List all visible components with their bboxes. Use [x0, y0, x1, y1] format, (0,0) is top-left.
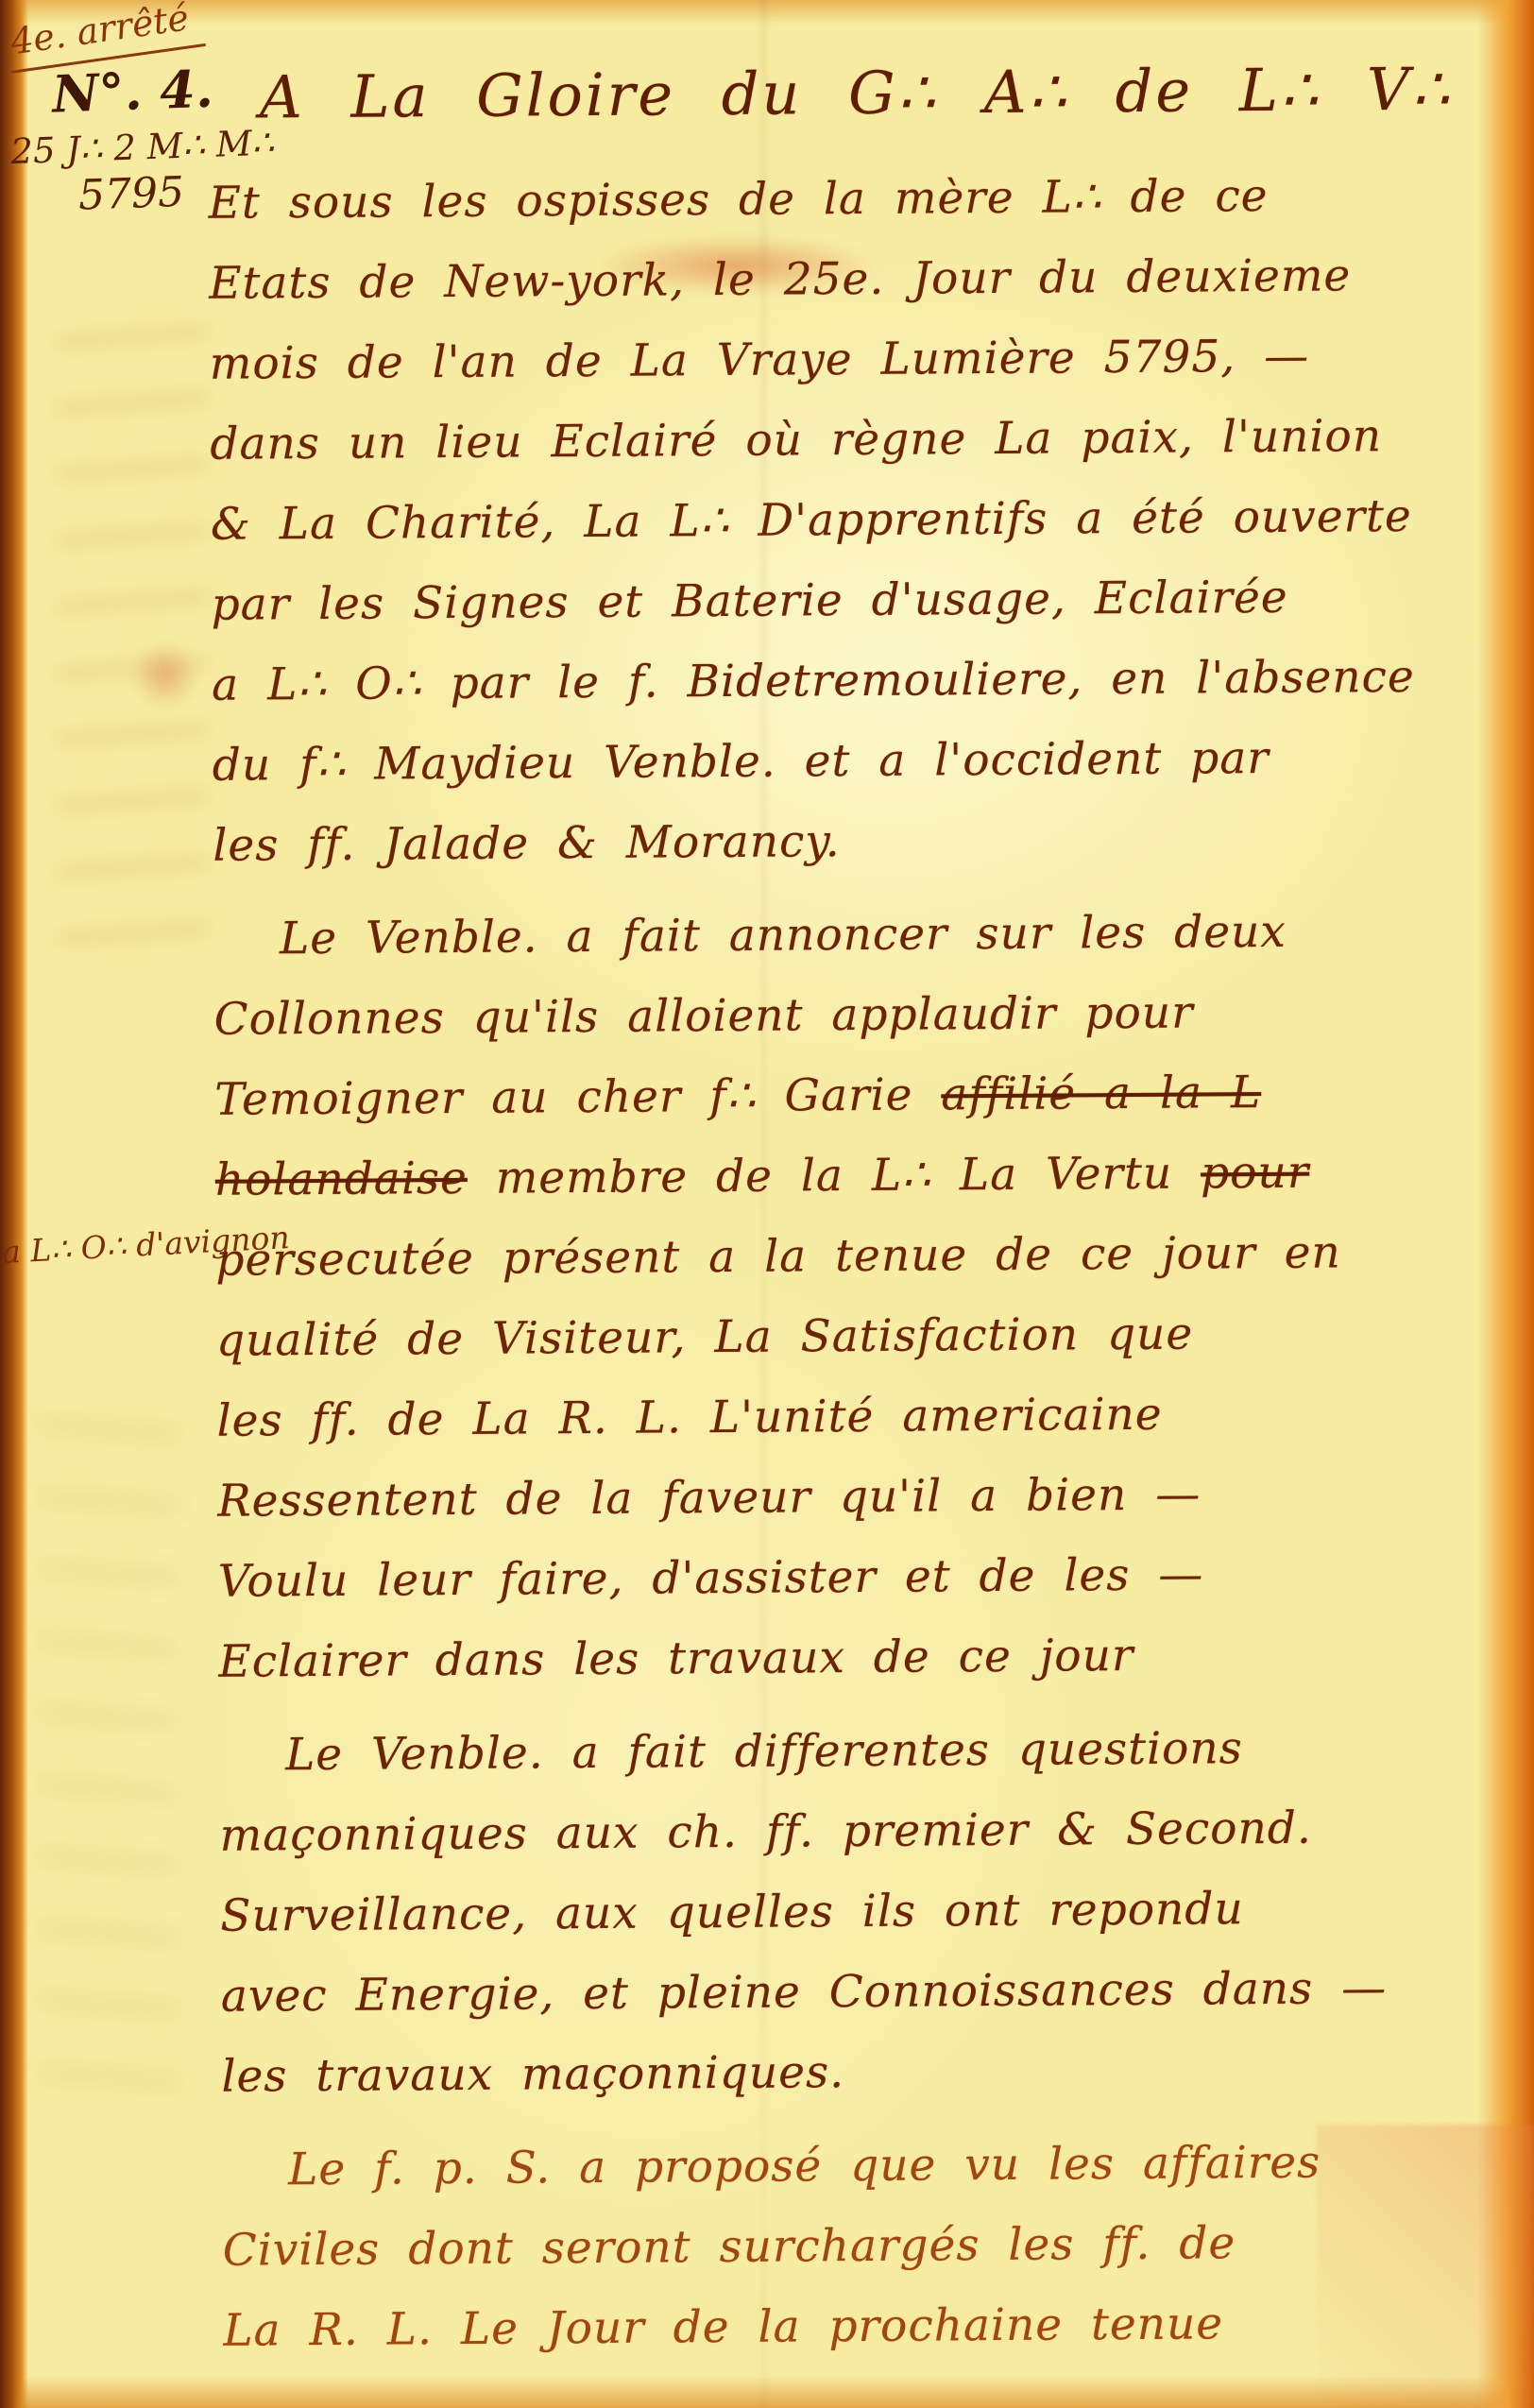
line-text: a L∴ O∴ par le f. Bidetremouliere, en l'… — [212, 651, 1415, 711]
manuscript-line: Temoigner au cher f∴ Garie affilié a la … — [214, 1050, 1500, 1139]
line-text: les ff. Jalade & Morancy. — [213, 815, 841, 872]
manuscript-line: avec Energie, et pleine Connoissances da… — [221, 1947, 1507, 2036]
manuscript-line: qualité de Visiteur, La Satisfaction que — [216, 1291, 1502, 1380]
manuscript-line: Etats de New-york, le 25e. Jour du deuxi… — [209, 234, 1494, 323]
manuscript-line: maçonniques aux ch. ff. premier & Second… — [219, 1786, 1505, 1875]
line-text: Voulu leur faire, d'assister et de les — — [218, 1548, 1204, 1607]
line-text: Le Venble. a fait annoncer sur les deux — [280, 906, 1287, 965]
line-text: dans un lieu Eclairé où règne La paix, l… — [210, 410, 1382, 470]
line-text: les ff. de La R. L. L'unité americaine — [216, 1389, 1162, 1447]
manuscript-line: Collonnes qu'ils alloient applaudir pour — [213, 970, 1499, 1059]
paper-stain — [132, 642, 198, 709]
manuscript-line: persecutée présent a la tenue de ce jour… — [215, 1211, 1501, 1300]
manuscript-line: Le Venble. a fait annoncer sur les deux — [213, 890, 1499, 979]
struck-text: holandaise — [215, 1153, 468, 1206]
manuscript-line: a L∴ O∴ par le f. Bidetremouliere, en l'… — [212, 636, 1497, 725]
manuscript-line: les travaux maçonniques. — [221, 2027, 1507, 2116]
margin-note-datecode: 25 J∴ 2 M∴ M∴ — [10, 124, 238, 172]
manuscript-text: A La Gloire du G∴ A∴ de L∴ V∴ Et sous le… — [207, 24, 1508, 2370]
manuscript-line: Civiles dont seront surchargés les ff. d… — [222, 2201, 1508, 2290]
line-text: les travaux maçonniques. — [221, 2046, 844, 2103]
manuscript-line: Et sous les ospisses de la mère L∴ de ce — [208, 154, 1493, 243]
line-text: Le Venble. a fait differentes questions — [285, 1722, 1243, 1781]
manuscript-line: du f∴ Maydieu Venble. et a l'occident pa… — [212, 716, 1497, 805]
manuscript-line: Surveillance, aux quelles ils ont repond… — [220, 1867, 1506, 1955]
line-text: Civiles dont seront surchargés les ff. d… — [223, 2217, 1236, 2276]
struck-text: pour — [1201, 1147, 1310, 1200]
manuscript-line: Le Venble. a fait differentes questions — [219, 1706, 1505, 1795]
line-text: mois de l'an de La Vraye Lumière 5795, — — [210, 331, 1310, 390]
manuscript-heading: A La Gloire du G∴ A∴ de L∴ V∴ — [207, 24, 1492, 162]
line-text: Surveillance, aux quelles ils ont repond… — [220, 1883, 1244, 1942]
line-text: & La Charité, La L∴ D'apprentifs a été o… — [211, 490, 1412, 551]
manuscript-line: par les Signes et Baterie d'usage, Eclai… — [211, 555, 1496, 644]
manuscript-lines: Et sous les ospisses de la mère L∴ de ce… — [208, 154, 1508, 2370]
manuscript-line: mois de l'an de La Vraye Lumière 5795, — — [210, 315, 1495, 403]
manuscript-line: dans un lieu Eclairé où règne La paix, l… — [210, 395, 1495, 484]
margin-annotations: 4e. arrêté N°. 4. 25 J∴ 2 M∴ M∴ 5795 — [6, 4, 240, 222]
manuscript-line: Le f. p. S. a proposé que vu les affaire… — [222, 2121, 1508, 2210]
line-text: du f∴ Maydieu Venble. et a l'occident pa… — [213, 732, 1270, 792]
line-text: avec Energie, et pleine Connoissances da… — [221, 1962, 1388, 2023]
line-text: Eclairer dans les travaux de ce jour — [218, 1630, 1133, 1688]
manuscript-line: La R. L. Le Jour de la prochaine tenue — [223, 2281, 1508, 2370]
page-binding-edge — [0, 0, 28, 2408]
manuscript-line: holandaise membre de la L∴ La Vertu pour — [215, 1131, 1501, 1220]
page-edge-bottom — [0, 2376, 1534, 2408]
manuscript-line: les ff. Jalade & Morancy. — [213, 796, 1498, 885]
manuscript-page: 4e. arrêté N°. 4. 25 J∴ 2 M∴ M∴ 5795 a L… — [0, 0, 1534, 2408]
ink-bleedthrough — [38, 1370, 179, 2126]
line-text: maçonniques aux ch. ff. premier & Second… — [220, 1802, 1312, 1862]
line-text: persecutée présent a la tenue de ce jour… — [215, 1226, 1341, 1286]
line-text: Etats de New-york, le 25e. Jour du deuxi… — [209, 249, 1351, 309]
struck-text: affilié a la L — [941, 1067, 1261, 1120]
line-text: par les Signes et Baterie d'usage, Eclai… — [211, 572, 1287, 631]
line-text: membre de la L∴ La Vertu — [468, 1147, 1202, 1204]
line-text: Collonnes qu'ils alloient applaudir pour — [213, 987, 1193, 1046]
manuscript-line: Eclairer dans les travaux de ce jour — [218, 1613, 1504, 1701]
manuscript-line: & La Charité, La L∴ D'apprentifs a été o… — [211, 475, 1496, 564]
line-text: Ressentent de la faveur qu'il a bien — — [217, 1468, 1201, 1527]
ink-bleedthrough — [57, 283, 208, 945]
manuscript-line: Ressentent de la faveur qu'il a bien — — [217, 1452, 1503, 1541]
manuscript-line: les ff. de La R. L. L'unité americaine — [216, 1372, 1502, 1460]
line-text: Temoigner au cher f∴ Garie — [214, 1068, 941, 1125]
line-text: Et sous les ospisses de la mère L∴ de ce — [208, 170, 1268, 230]
manuscript-line: Voulu leur faire, d'assister et de les — — [218, 1532, 1504, 1621]
line-text: La R. L. Le Jour de la prochaine tenue — [223, 2297, 1223, 2356]
line-text: qualité de Visiteur, La Satisfaction que — [216, 1308, 1194, 1367]
line-text: Le f. p. S. a proposé que vu les affaire… — [288, 2137, 1321, 2196]
